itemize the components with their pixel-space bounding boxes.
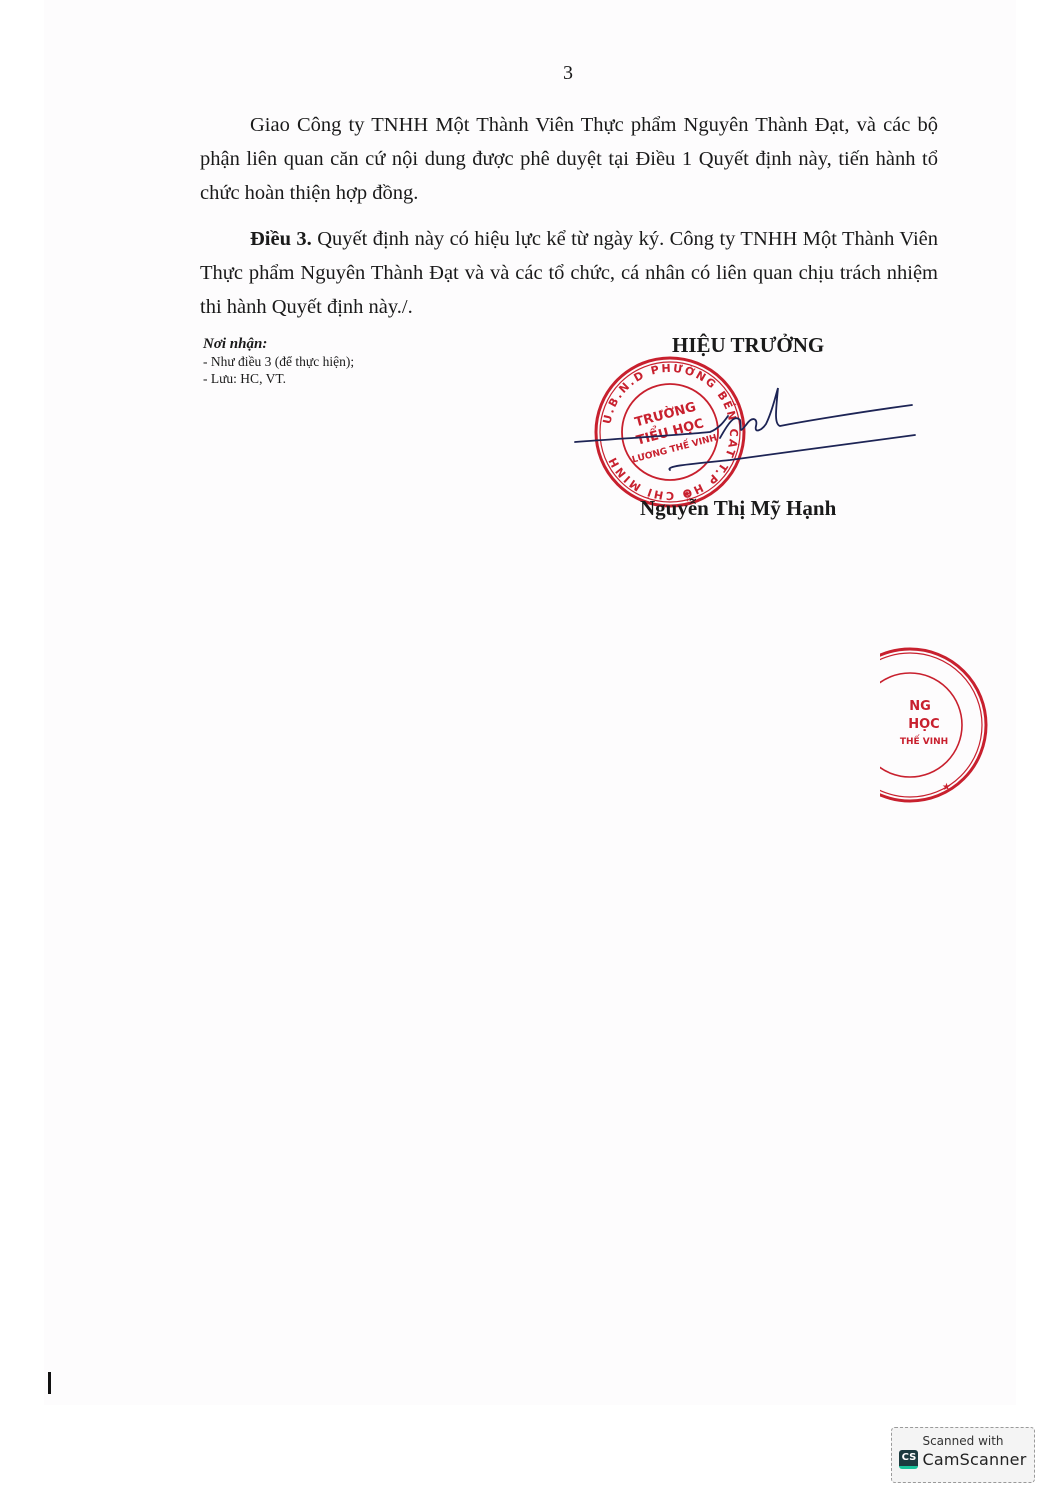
scan-edge-mark <box>48 1372 51 1394</box>
recipients-title: Nơi nhận: <box>203 336 354 353</box>
watermark-caption: Scanned with <box>892 1434 1034 1448</box>
partial-seal-stamp: NG HỌC THẾ VINH ★ <box>880 640 1010 810</box>
svg-text:THẾ VINH: THẾ VINH <box>900 734 948 747</box>
scanned-page <box>44 0 1016 1405</box>
svg-text:HỌC: HỌC <box>908 717 939 732</box>
signer-name: Nguyễn Thị Mỹ Hạnh <box>640 496 836 521</box>
svg-text:NG: NG <box>909 699 931 714</box>
page-number: 3 <box>563 62 573 85</box>
watermark-brand: CamScanner <box>922 1450 1026 1469</box>
svg-text:★: ★ <box>942 782 951 793</box>
camscanner-watermark: Scanned with CS CamScanner <box>891 1427 1035 1483</box>
camscanner-logo-icon: CS <box>899 1450 918 1469</box>
paragraph-article-3: Điều 3. Quyết định này có hiệu lực kể từ… <box>200 222 938 324</box>
recipient-item: - Như điều 3 (để thực hiện); <box>203 353 354 370</box>
paragraph-assignment: Giao Công ty TNHH Một Thành Viên Thực ph… <box>200 108 938 210</box>
signature-title: HIỆU TRƯỞNG <box>672 333 824 358</box>
article-3-label: Điều 3. <box>250 228 312 250</box>
handwritten-signature <box>570 380 930 480</box>
recipient-item: - Lưu: HC, VT. <box>203 370 354 387</box>
recipients-block: Nơi nhận: - Như điều 3 (để thực hiện); -… <box>203 336 354 387</box>
